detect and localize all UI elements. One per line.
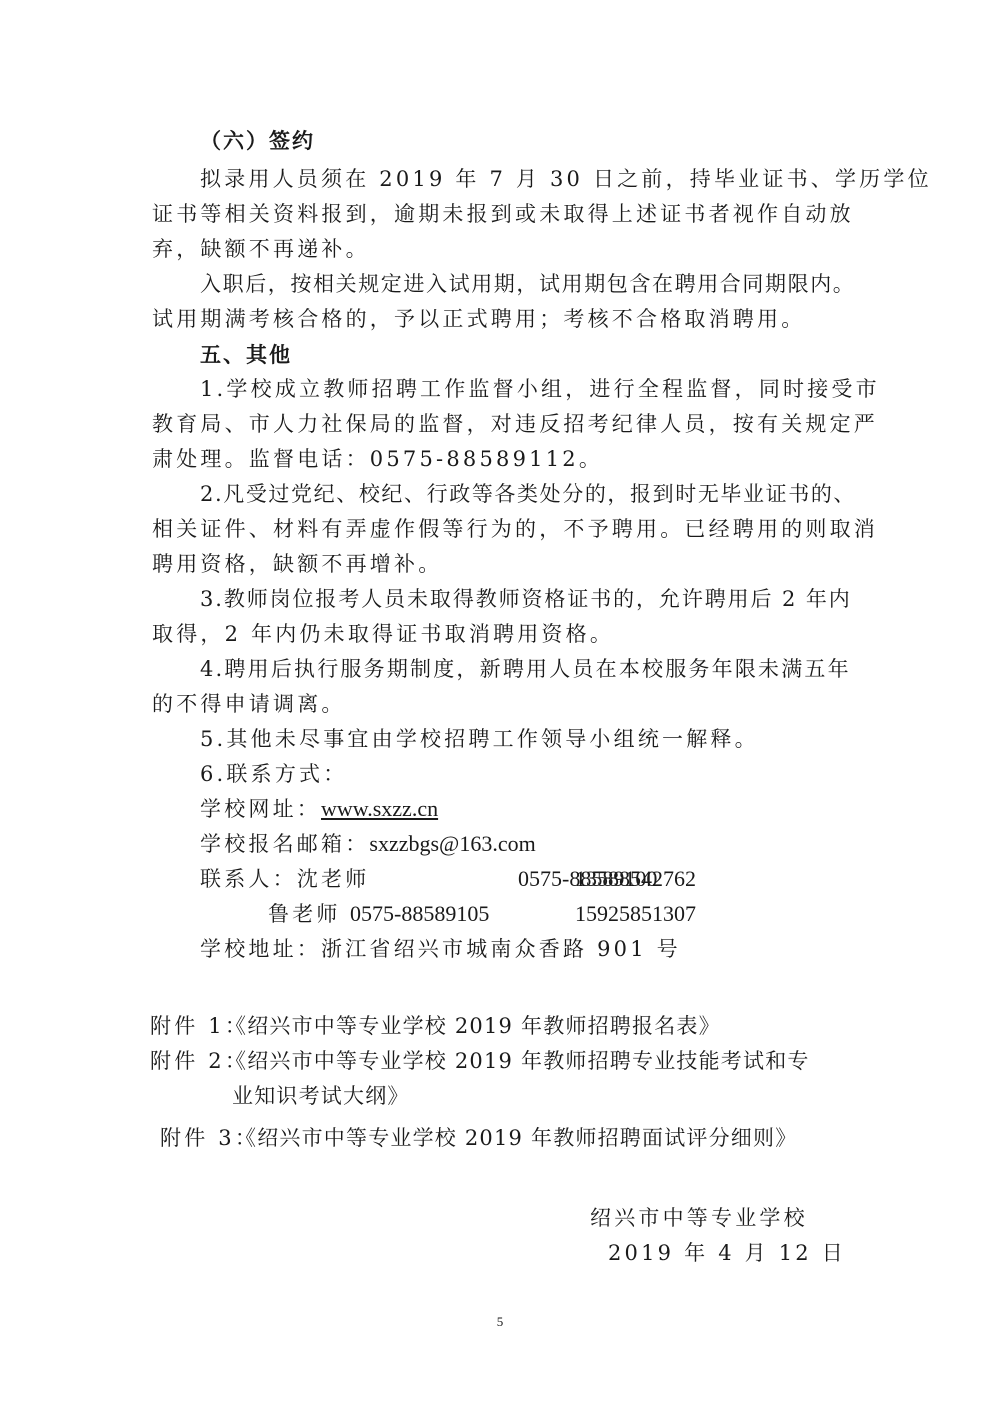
contact-phone: 0575-88589105	[350, 901, 489, 927]
section-heading-signing: （六）签约	[200, 128, 315, 154]
contact-name: 鲁老师	[268, 902, 341, 926]
contact-email: 学校报名邮箱：sxzzbgs@163.com	[200, 831, 536, 857]
contact-address: 学校地址：浙江省绍兴市城南众香路 901 号	[200, 936, 681, 962]
attachment-title-cont: 业知识考试大纲》	[232, 1083, 410, 1109]
section-heading-other: 五、其他	[200, 342, 292, 368]
contact-mobile: 13588542762	[575, 866, 696, 892]
email-label: 学校报名邮箱：	[200, 832, 369, 856]
email-address: sxzzbgs@163.com	[369, 831, 535, 856]
paragraph-line: 入职后，按相关规定进入试用期，试用期包含在聘用合同期限内。	[200, 271, 855, 297]
signature-date: 2019 年 4 月 12 日	[608, 1240, 846, 1266]
list-item-line: 1.学校成立教师招聘工作监督小组，进行全程监督，同时接受市	[200, 376, 880, 402]
list-item-line: 相关证件、材料有弄虚作假等行为的，不予聘用。已经聘用的则取消	[152, 516, 878, 542]
attachment-title: 《绍兴市中等专业学校 2019 年教师招聘专业技能考试和专	[225, 1048, 810, 1074]
address-label: 学校地址：	[200, 937, 321, 961]
list-item-line: 2.凡受过党纪、校纪、行政等各类处分的，报到时无毕业证书的、	[200, 481, 856, 507]
contact-person-row: 鲁老师 0575-88589105 15925851307	[268, 901, 341, 927]
paragraph-line: 试用期满考核合格的，予以正式聘用；考核不合格取消聘用。	[152, 306, 805, 332]
contact-person-row: 联系人：沈老师 0575-88589100 13588542762	[200, 866, 369, 892]
list-item-line: 4.聘用后执行服务期制度，新聘用人员在本校服务年限未满五年	[200, 656, 851, 682]
website-link[interactable]: www.sxzz.cn	[321, 796, 438, 821]
list-item-line: 取得，2 年内仍未取得证书取消聘用资格。	[152, 621, 614, 647]
list-item-line: 聘用资格，缺额不再增补。	[152, 551, 442, 577]
website-label: 学校网址：	[200, 797, 321, 821]
page-number: 5	[0, 1314, 1000, 1330]
list-item-line: 3.教师岗位报考人员未取得教师资格证书的，允许聘用后 2 年内	[200, 586, 852, 612]
contact-website: 学校网址：www.sxzz.cn	[200, 796, 438, 822]
list-item-line: 5.其他未尽事宜由学校招聘工作领导小组统一解释。	[200, 726, 759, 752]
list-item-line: 的不得申请调离。	[152, 691, 346, 717]
attachment-title: 《绍兴市中等专业学校 2019 年教师招聘报名表》	[225, 1013, 721, 1039]
contact-person-label: 联系人：	[200, 867, 297, 891]
contact-name: 沈老师	[297, 867, 370, 891]
list-item-line: 6.联系方式：	[200, 761, 347, 787]
paragraph-line: 证书等相关资料报到，逾期未报到或未取得上述证书者视作自动放	[152, 201, 854, 227]
signature-org: 绍兴市中等专业学校	[590, 1205, 808, 1231]
paragraph-line: 弃，缺额不再递补。	[152, 236, 370, 262]
paragraph-line: 拟录用人员须在 2019 年 7 月 30 日之前，持毕业证书、学历学位	[200, 166, 932, 192]
contact-mobile: 15925851307	[575, 901, 696, 927]
list-item-line: 教育局、市人力社保局的监督，对违反招考纪律人员，按有关规定严	[152, 411, 878, 437]
address-value: 浙江省绍兴市城南众香路 901 号	[321, 937, 681, 961]
list-item-line: 肃处理。监督电话：0575-88589112。	[152, 446, 603, 472]
attachment-title: 《绍兴市中等专业学校 2019 年教师招聘面试评分细则》	[235, 1125, 797, 1151]
